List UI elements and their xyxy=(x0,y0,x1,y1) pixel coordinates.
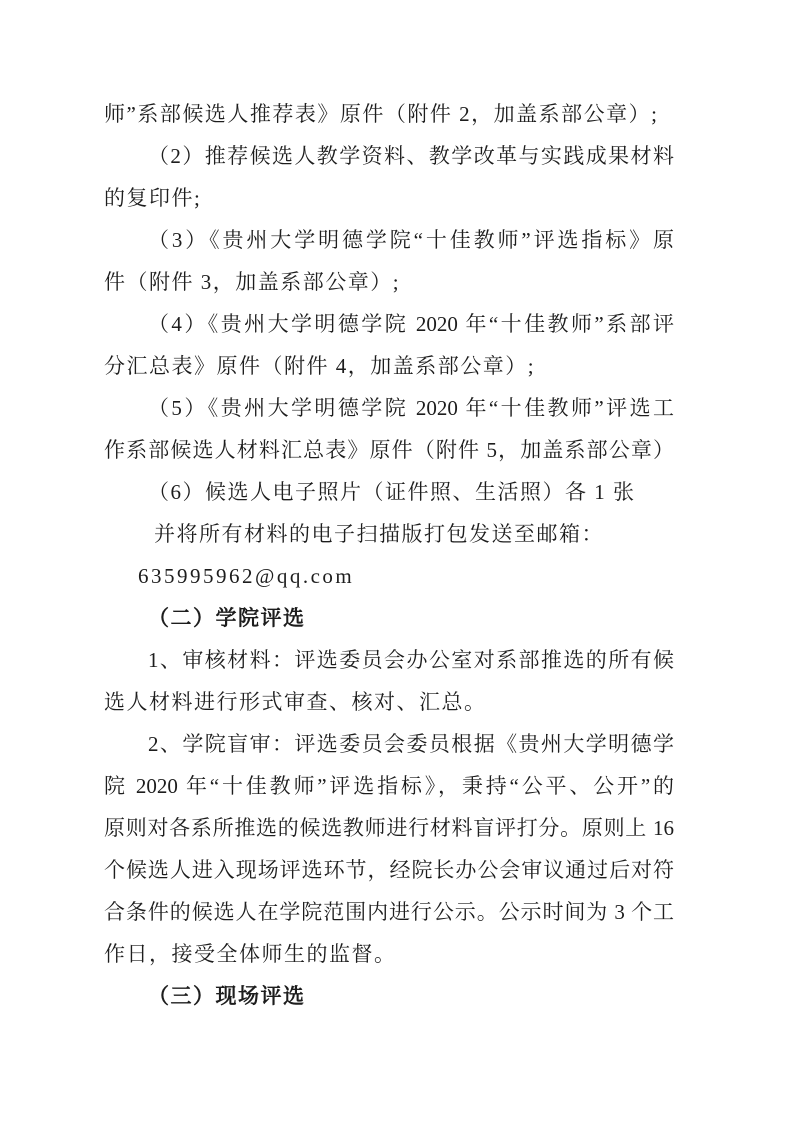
text-line: 作日，接受全体师生的监督。 xyxy=(104,933,674,975)
text-line: 2、学院盲审：评选委员会委员根据《贵州大学明德学 xyxy=(104,723,674,765)
text-line: 并将所有材料的电子扫描版打包发送至邮箱： xyxy=(104,513,674,555)
text-line: 选人材料进行形式审查、核对、汇总。 xyxy=(104,681,674,723)
text-line: 原则对各系所推选的候选教师进行材料盲评打分。原则上 16 xyxy=(104,807,674,849)
section-heading: （二）学院评选 xyxy=(104,597,674,639)
text-line: （2）推荐候选人教学资料、教学改革与实践成果材料 xyxy=(104,135,674,177)
email-address: 635995962@qq.com xyxy=(104,555,674,597)
text-line: 件（附件 3，加盖系部公章）; xyxy=(104,261,674,303)
section-heading: （三）现场评选 xyxy=(104,975,674,1017)
text-line: 个候选人进入现场评选环节，经院长办公会审议通过后对符 xyxy=(104,849,674,891)
text-line: 1、审核材料：评选委员会办公室对系部推选的所有候 xyxy=(104,639,674,681)
text-line: 的复印件; xyxy=(104,177,674,219)
text-line: 师”系部候选人推荐表》原件（附件 2，加盖系部公章）; xyxy=(104,93,674,135)
text-line: 合条件的候选人在学院范围内进行公示。公示时间为 3 个工 xyxy=(104,891,674,933)
document-body: 师”系部候选人推荐表》原件（附件 2，加盖系部公章）;（2）推荐候选人教学资料、… xyxy=(104,93,674,1017)
text-line: （6）候选人电子照片（证件照、生活照）各 1 张 xyxy=(104,471,674,513)
text-line: 分汇总表》原件（附件 4，加盖系部公章）; xyxy=(104,345,674,387)
text-line: （5）《贵州大学明德学院 2020 年“十佳教师”评选工 xyxy=(104,387,674,429)
text-line: 作系部候选人材料汇总表》原件（附件 5，加盖系部公章） xyxy=(104,429,674,471)
text-line: （4）《贵州大学明德学院 2020 年“十佳教师”系部评 xyxy=(104,303,674,345)
document-page: 师”系部候选人推荐表》原件（附件 2，加盖系部公章）;（2）推荐候选人教学资料、… xyxy=(0,0,793,1122)
text-line: 院 2020 年“十佳教师”评选指标》，秉持“公平、公开”的 xyxy=(104,765,674,807)
text-line: （3）《贵州大学明德学院“十佳教师”评选指标》原 xyxy=(104,219,674,261)
